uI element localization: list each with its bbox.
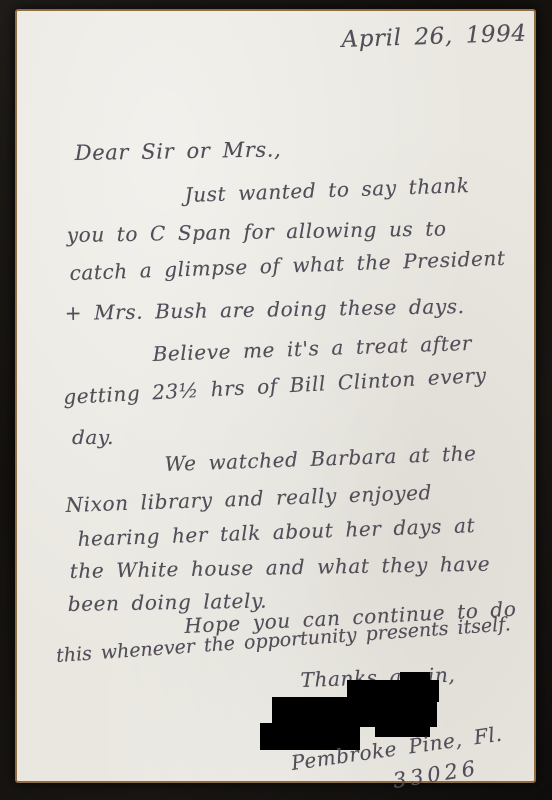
handwritten-line: you to C Span for allowing us to <box>67 216 447 247</box>
handwritten-line: getting 23½ hrs of Bill Clinton every <box>63 363 487 409</box>
letter-salutation: Dear Sir or Mrs., <box>75 137 282 165</box>
handwritten-line: the White house and what they have <box>70 552 491 583</box>
handwritten-line: + Mrs. Bush are doing these days. <box>65 294 465 325</box>
handwritten-line: Nixon library and really enjoyed <box>65 480 432 517</box>
handwritten-line: Believe me it's a treat after <box>152 331 472 366</box>
handwritten-line: day. <box>72 425 114 449</box>
handwritten-line: hearing her talk about her days at <box>77 513 475 551</box>
letter-paper: April 26, 1994 Dear Sir or Mrs., Just wa… <box>15 9 536 783</box>
handwritten-line: Just wanted to say thank <box>184 173 470 207</box>
handwritten-line: We watched Barbara at the <box>164 441 477 476</box>
scanned-letter: April 26, 1994 Dear Sir or Mrs., Just wa… <box>0 0 552 800</box>
letter-date: April 26, 1994 <box>341 21 527 53</box>
letter-zip: 33026 <box>391 756 480 793</box>
handwritten-line: catch a glimpse of what the President <box>69 246 506 285</box>
